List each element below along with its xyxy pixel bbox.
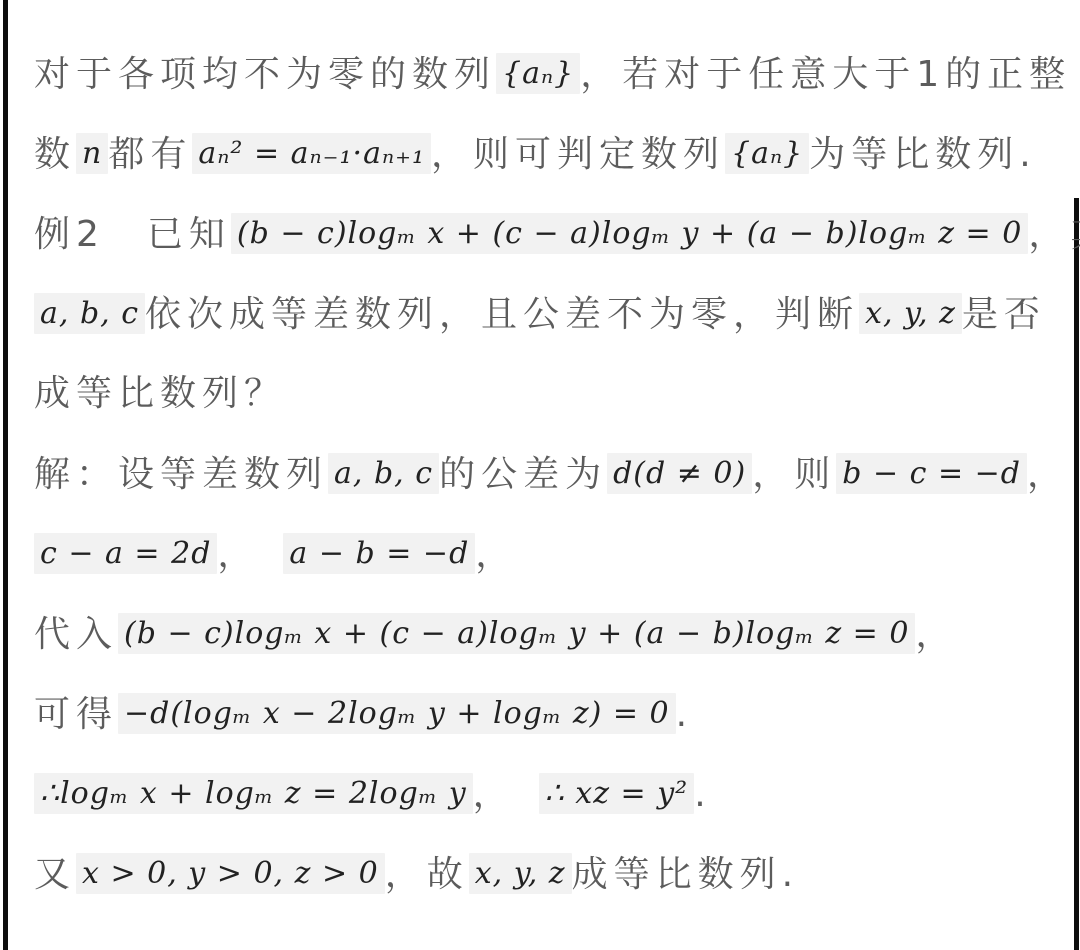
example-label: 例2 已知 <box>34 214 231 255</box>
chinese-text: ，故 <box>385 854 469 895</box>
chinese-text: . <box>694 774 711 815</box>
formula-d-nonzero: d(d ≠ 0) <box>607 453 752 494</box>
formula-log-equation: (b − c)logₘ x + (c − a)logₘ y + (a − b)l… <box>118 613 915 654</box>
chinese-text: 代入 <box>34 614 118 655</box>
chinese-text: . <box>676 694 693 735</box>
formula-an-squared: aₙ² = aₙ₋₁·aₙ₊₁ <box>192 133 431 174</box>
formula-sequence-an: {aₙ} <box>496 53 580 94</box>
formula-n: n <box>76 133 108 174</box>
chinese-text: 是否 <box>962 294 1046 335</box>
chinese-text: ，则 <box>752 454 836 495</box>
chinese-text: ，若对于任意大于1的正整 <box>580 54 1071 95</box>
formula-b-minus-c: b − c = −d <box>836 453 1027 494</box>
text-line-6: 解：设等差数列a, b, c的公差为d(d ≠ 0)，则b − c = −d， <box>34 434 1054 514</box>
text-line-3: 例2 已知(b − c)logₘ x + (c − a)logₘ y + (a … <box>34 194 1054 274</box>
chinese-text: 又 <box>34 854 76 895</box>
chinese-text: ， <box>473 774 539 815</box>
formula-a-minus-b: a − b = −d <box>283 533 475 574</box>
chinese-text: 都有 <box>108 134 192 175</box>
formula-xz-y-squared: ∴ xz = y² <box>539 773 695 814</box>
formula-abc: a, b, c <box>328 453 439 494</box>
chinese-text: 成等比数列. <box>572 854 799 895</box>
chinese-text: ，其中 <box>1028 214 1080 255</box>
left-edge-line <box>3 0 8 950</box>
text-line-1: 对于各项均不为零的数列{aₙ}，若对于任意大于1的正整 <box>34 34 1054 114</box>
chinese-text: 成等比数列？ <box>34 373 286 414</box>
text-line-2: 数n都有aₙ² = aₙ₋₁·aₙ₊₁，则可判定数列{aₙ}为等比数列. <box>34 114 1054 194</box>
formula-xyz: x, y, z <box>859 293 962 334</box>
text-line-7: c − a = 2d， a − b = −d， <box>34 514 1054 594</box>
formula-c-minus-a: c − a = 2d <box>34 533 217 574</box>
formula-positivity: x > 0, y > 0, z > 0 <box>76 853 385 894</box>
chinese-text: 对于各项均不为零的数列 <box>34 54 496 95</box>
formula-sequence-an: {aₙ} <box>725 133 809 174</box>
text-line-10: ∴logₘ x + logₘ z = 2logₘ y， ∴ xz = y². <box>34 754 1054 834</box>
formula-abc: a, b, c <box>34 293 145 334</box>
chinese-text: 数 <box>34 134 76 175</box>
formula-log-equation: (b − c)logₘ x + (c − a)logₘ y + (a − b)l… <box>231 213 1028 254</box>
text-line-5: 成等比数列？ <box>34 354 1054 434</box>
chinese-text: ， <box>1027 454 1069 495</box>
right-edge-line <box>1074 198 1079 950</box>
chinese-text: 为等比数列. <box>809 134 1036 175</box>
chinese-text: ， <box>217 534 283 575</box>
text-line-11: 又x > 0, y > 0, z > 0，故x, y, z成等比数列. <box>34 834 1054 914</box>
chinese-text: ，则可判定数列 <box>431 134 725 175</box>
chinese-text: 依次成等差数列，且公差不为零，判断 <box>145 294 859 335</box>
text-line-9: 可得−d(logₘ x − 2logₘ y + logₘ z) = 0. <box>34 674 1054 754</box>
text-line-4: a, b, c依次成等差数列，且公差不为零，判断x, y, z是否 <box>34 274 1054 354</box>
chinese-text: ， <box>915 614 957 655</box>
formula-xyz: x, y, z <box>469 853 572 894</box>
formula-d-log-result: −d(logₘ x − 2logₘ y + logₘ z) = 0 <box>118 693 676 734</box>
math-document: 对于各项均不为零的数列{aₙ}，若对于任意大于1的正整 数n都有aₙ² = aₙ… <box>34 34 1054 914</box>
chinese-text: 的公差为 <box>439 454 607 495</box>
chinese-text: ， <box>475 534 517 575</box>
formula-log-sum: ∴logₘ x + logₘ z = 2logₘ y <box>34 773 473 814</box>
chinese-text: 可得 <box>34 694 118 735</box>
solution-label: 解：设等差数列 <box>34 454 328 495</box>
text-line-8: 代入(b − c)logₘ x + (c − a)logₘ y + (a − b… <box>34 594 1054 674</box>
